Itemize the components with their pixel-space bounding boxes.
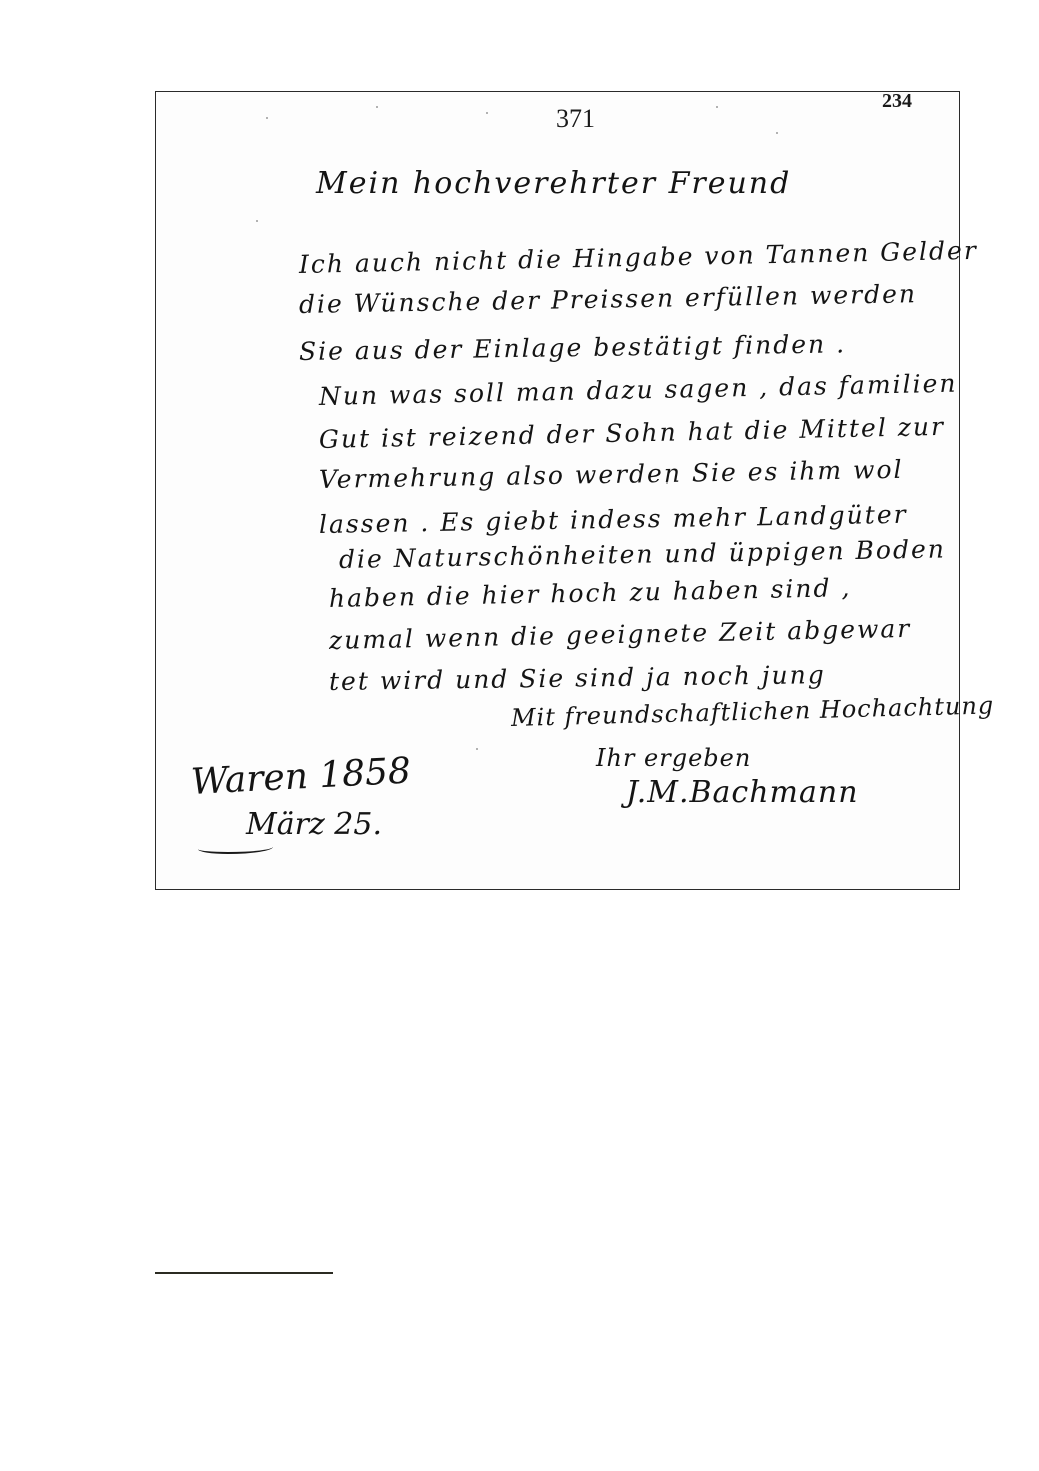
letter-line: Vermehrung also werden Sie es ihm wol bbox=[319, 455, 904, 494]
letter-line: die Naturschönheiten und üppigen Boden bbox=[339, 534, 946, 574]
letter-line: Sie aus der Einlage bestätigt finden . bbox=[299, 329, 846, 366]
footnote-separator bbox=[155, 1272, 333, 1274]
letter-salutation: Mein hochverehrter Freund bbox=[316, 166, 791, 201]
letter-signature: J.M.Bachmann bbox=[626, 775, 859, 810]
date-underline bbox=[198, 842, 273, 854]
letter-place-year: Waren 1858 bbox=[190, 751, 412, 803]
letter-line: Gut ist reizend der Sohn hat die Mittel … bbox=[319, 412, 946, 454]
scan-speck bbox=[666, 482, 668, 484]
scan-speck bbox=[266, 117, 268, 119]
letter-date: März 25. bbox=[246, 807, 382, 842]
letter-line: zumal wenn die geeignete Zeit abgewar bbox=[329, 614, 912, 655]
scan-speck bbox=[256, 220, 258, 222]
letter-line: lassen . Es giebt indess mehr Landgüter bbox=[319, 500, 908, 539]
scan-speck bbox=[776, 132, 778, 134]
letter-line: Nun was soll man dazu sagen , das famili… bbox=[319, 369, 958, 411]
scan-speck bbox=[486, 112, 488, 114]
scan-speck bbox=[376, 106, 378, 108]
scan-speck bbox=[716, 106, 718, 108]
scan-speck bbox=[476, 748, 478, 750]
letter-closing: Ihr ergeben bbox=[596, 744, 751, 772]
letter-closing: Mit freundschaftlichen Hochachtung bbox=[511, 691, 995, 732]
folio-number: 371 bbox=[556, 104, 595, 134]
letter-line: tet wird und Sie sind ja noch jung bbox=[329, 660, 826, 696]
letter-line: Ich auch nicht die Hingabe von Tannen Ge… bbox=[299, 236, 978, 279]
letter-line: die Wünsche der Preissen erfüllen werden bbox=[299, 279, 917, 319]
letter-scan-frame: 371 234 Mein hochverehrter Freund Ich au… bbox=[155, 91, 960, 890]
letter-line: haben die hier hoch zu haben sind , bbox=[329, 573, 852, 613]
archive-number: 234 bbox=[882, 90, 912, 113]
